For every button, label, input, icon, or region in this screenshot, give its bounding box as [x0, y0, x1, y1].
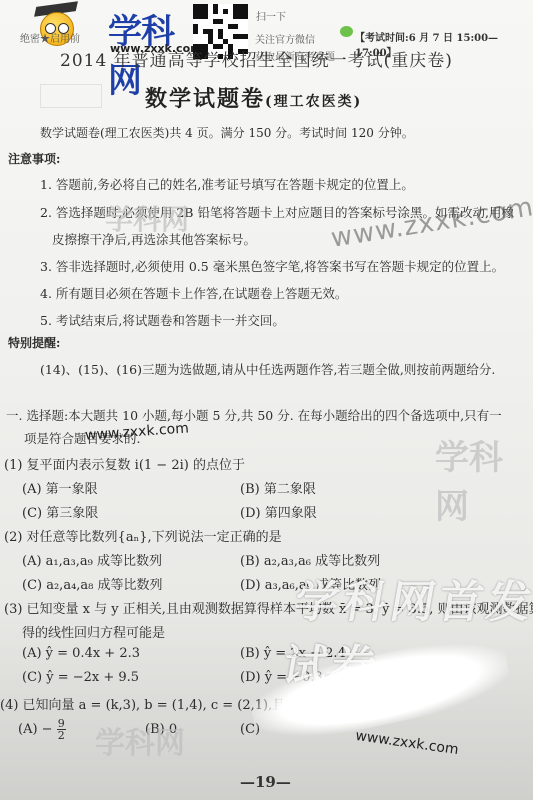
- q4-option-c: (C): [240, 722, 260, 737]
- confidential-label: 绝密★启用前: [20, 30, 80, 45]
- qr-wechat-label: 关注官方微信: [255, 31, 315, 46]
- note-4: 4. 所有题目必须在答题卡上作答,在试题卷上答题无效。: [40, 284, 347, 302]
- note-2: 2. 答选择题时,必须使用 2B 铅笔将答题卡上对应题目的答案标号涂黑。如需改动…: [40, 203, 514, 221]
- q2-option-a: (A) a₁,a₃,a₉ 成等比数列: [22, 550, 162, 569]
- q3-option-c: (C) ŷ = −2x + 9.5: [22, 670, 139, 685]
- q4-option-a: (A) − 92: [18, 718, 66, 741]
- section1-intro: 一. 选择题:本大题共 10 小题,每小题 5 分,共 50 分. 在每小题给出…: [6, 406, 502, 424]
- question-2-stem: (2) 对任意等比数列{aₙ},下列说法一定正确的是: [4, 526, 282, 545]
- q2-option-b: (B) a₂,a₃,a₆ 成等比数列: [240, 550, 380, 569]
- reminder-text: (14)、(15)、(16)三题为选做题,请从中任选两题作答,若三题全做,则按前…: [40, 360, 495, 378]
- question-4-stem: (4) 已知向量 a = (k,3), b = (1,4), c = (2,1)…: [0, 694, 306, 713]
- notes-heading: 注意事项:: [8, 150, 60, 167]
- bleed-through-frame: [40, 84, 102, 108]
- note-2-cont: 皮擦擦干净后,再选涂其他答案标号。: [52, 230, 256, 248]
- q3-option-d: (D) ŷ = −0.3x + 4.4: [240, 670, 370, 685]
- q1-option-c: (C) 第三象限: [22, 502, 98, 521]
- intro-text: 数学试题卷(理工农医类)共 4 页。满分 150 分。考试时间 120 分钟。: [40, 124, 414, 141]
- q1-option-a: (A) 第一象限: [22, 478, 98, 497]
- q4-option-b: (B) 0: [145, 722, 177, 737]
- wechat-icon: [340, 26, 353, 37]
- q4-option-a-prefix: (A) −: [18, 722, 53, 737]
- paper-title: 数学试题卷(理工农医类): [145, 82, 362, 113]
- note-5: 5. 考试结束后,将试题卷和答题卡一并交回。: [40, 311, 285, 329]
- q3-option-b: (B) ŷ = 2x − 2.4: [240, 646, 346, 661]
- watermark-url: www.zxxk.com: [354, 728, 459, 758]
- q1-option-b: (B) 第二象限: [240, 478, 316, 497]
- note-1: 1. 答题前,务必将自己的姓名,准考证号填写在答题卡规定的位置上。: [40, 175, 414, 193]
- fraction: 92: [57, 718, 66, 741]
- paper-title-main: 数学试题卷: [145, 86, 265, 112]
- q3-option-a: (A) ŷ = 0.4x + 2.3: [22, 646, 140, 661]
- reminder-heading: 特别提醒:: [8, 334, 60, 351]
- page-number: —19—: [240, 773, 291, 791]
- exam-title: 2014 年普通高等学校招生全国统一考试(重庆卷): [60, 46, 453, 71]
- question-3-stem-cont: 得的线性回归方程可能是: [22, 622, 165, 641]
- note-3: 3. 答非选择题时,必须使用 0.5 毫米黑色签字笔,将答案书写在答题卡规定的位…: [40, 257, 504, 275]
- paper-title-sub: (理工农医类): [265, 94, 362, 110]
- qr-scan-label: 扫一下: [256, 8, 286, 23]
- watermark-url: www.zxxk.com: [329, 192, 533, 254]
- question-1-stem: (1) 复平面内表示复数 i(1 − 2i) 的点位于: [4, 454, 245, 473]
- question-3-stem: (3) 已知变量 x 与 y 正相关,且由观测数据算得样本平均数 x̄ = 3,…: [4, 598, 533, 617]
- watermark-logo: 学科网: [435, 430, 533, 528]
- q1-option-d: (D) 第四象限: [240, 502, 317, 521]
- section1-intro-cont: 项是符合题目要求的.: [24, 429, 140, 447]
- q2-option-c: (C) a₂,a₄,a₈ 成等比数列: [22, 574, 163, 593]
- q2-option-d: (D) a₃,a₆,a₉ 成等比数列: [240, 574, 381, 593]
